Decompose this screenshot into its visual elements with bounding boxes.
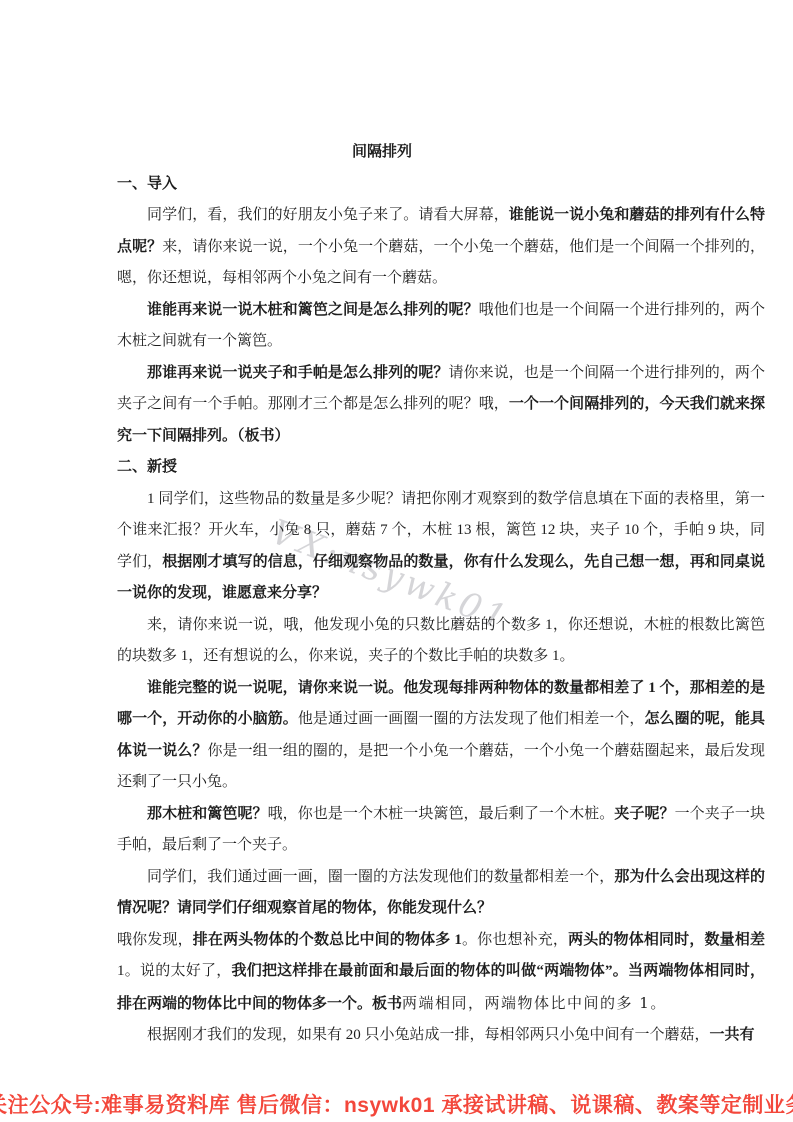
text-segment: 他是通过画一画圈一圈的方法发现了他们相差一个， — [298, 711, 645, 727]
text-segment: 。你也想补充， — [462, 932, 568, 948]
text-segment: 根据刚才填写的信息，仔细观察物品的数量，你有什么发现么，先自己想一想，再和同桌说… — [117, 554, 765, 602]
doc-title: 间隔排列 — [117, 137, 765, 169]
text-segment: 来，请你来说一说，一个小兔一个蘑菇，一个小兔一个蘑菇，他们是一个间隔一个排列的，… — [117, 239, 765, 287]
text-segment: 夹子呢？ — [614, 806, 674, 822]
paragraph: 谁能完整的说一说呢，请你来说一说。他发现每排两种物体的数量都相差了 1 个，那相… — [117, 673, 765, 799]
paragraph: 哦你发现，排在两头物体的个数总比中间的物体多 1。你也想补充，两头的物体相同时，… — [117, 925, 765, 1021]
text-segment: 两端相同，两端物体比中间的多 1。 — [402, 994, 667, 1012]
document-body: 间隔排列一、导入同学们，看，我们的好朋友小兔子来了。请看大屏幕，谁能说一说小兔和… — [117, 137, 765, 1052]
text-segment: 你是一组一组的圈的，是把一个小兔一个蘑菇，一个小兔一个蘑菇圈起来，最后发现还剩了… — [117, 743, 765, 791]
text-segment: 根据刚才我们的发现，如果有 20 只小兔站成一排，每相邻两只小兔中间有一个蘑菇， — [147, 1027, 710, 1043]
section-heading: 一、导入 — [117, 169, 765, 201]
promo-footer-text: 关注公众号:难事易资料库 售后微信：nsywk01 承接试讲稿、说课稿、教案等定… — [0, 1089, 793, 1119]
paragraph: 谁能再来说一说木桩和篱笆之间是怎么排列的呢？哦他们也是一个间隔一个进行排列的，两… — [117, 295, 765, 358]
paragraph: 根据刚才我们的发现，如果有 20 只小兔站成一排，每相邻两只小兔中间有一个蘑菇，… — [117, 1020, 765, 1052]
document-page: VX:nsywk01 间隔排列一、导入同学们，看，我们的好朋友小兔子来了。请看大… — [0, 0, 793, 1122]
text-segment: 排在两头物体的个数总比中间的物体多 1 — [193, 932, 462, 948]
promo-footer: 关注公众号:难事易资料库 售后微信：nsywk01 承接试讲稿、说课稿、教案等定… — [0, 1086, 793, 1122]
paragraph: 那谁再来说一说夹子和手帕是怎么排列的呢？请你来说，也是一个间隔一个进行排列的，两… — [117, 358, 765, 453]
section-heading: 二、新授 — [117, 452, 765, 484]
paragraph: 同学们，我们通过画一画，圈一圈的方法发现他们的数量都相差一个，那为什么会出现这样… — [117, 862, 765, 925]
text-segment: 二、新授 — [117, 459, 177, 475]
text-segment: 那谁再来说一说夹子和手帕是怎么排列的呢？ — [147, 365, 449, 381]
text-segment: 一共有 — [710, 1027, 755, 1043]
text-segment: 谁能再来说一说木桩和篱笆之间是怎么排列的呢？ — [147, 302, 479, 318]
text-segment: 两头的物体相同时，数量相差 — [568, 932, 765, 948]
text-segment: 间隔排列 — [352, 144, 412, 160]
paragraph: 1 同学们，这些物品的数量是多少呢？请把你刚才观察到的数学信息填在下面的表格里，… — [117, 484, 765, 610]
text-segment: 一、导入 — [117, 176, 177, 192]
text-segment: 那木桩和篱笆呢？ — [147, 806, 268, 822]
paragraph: 来，请你来说一说，哦，他发现小兔的只数比蘑菇的个数多 1，你还想说，木桩的根数比… — [117, 610, 765, 673]
paragraph: 那木桩和篱笆呢？哦，你也是一个木桩一块篱笆，最后剩了一个木桩。夹子呢？一个夹子一… — [117, 799, 765, 862]
paragraph: 同学们，看，我们的好朋友小兔子来了。请看大屏幕，谁能说一说小兔和蘑菇的排列有什么… — [117, 200, 765, 295]
text-segment: 来，请你来说一说，哦，他发现小兔的只数比蘑菇的个数多 1，你还想说，木桩的根数比… — [117, 617, 765, 665]
text-segment: 同学们，看，我们的好朋友小兔子来了。请看大屏幕， — [147, 207, 509, 223]
text-segment: 哦，你也是一个木桩一块篱笆，最后剩了一个木桩。 — [268, 806, 615, 822]
text-segment: 同学们，我们通过画一画，圈一圈的方法发现他们的数量都相差一个， — [147, 869, 614, 885]
text-segment: 哦你发现， — [117, 932, 193, 948]
text-segment: 1。说的太好了， — [117, 963, 231, 979]
